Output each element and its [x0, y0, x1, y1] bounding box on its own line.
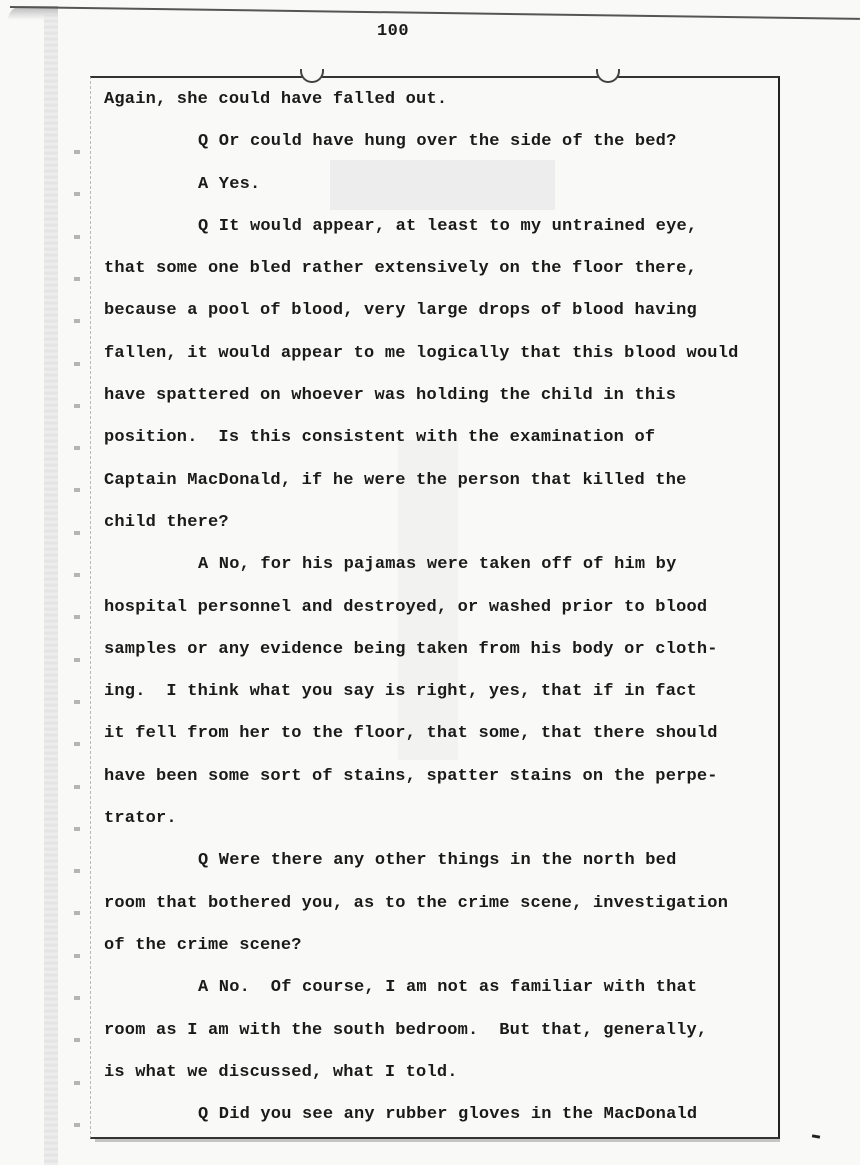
transcript-line: of the crime scene?	[104, 930, 784, 972]
transcript-line: Q It would appear, at least to my untrai…	[104, 211, 784, 253]
transcript-line: hospital personnel and destroyed, or was…	[104, 592, 784, 634]
transcript-line: child there?	[104, 507, 784, 549]
margin-tick	[74, 911, 80, 915]
margin-tick	[74, 827, 80, 831]
transcript-line: A No. Of course, I am not as familiar wi…	[104, 972, 784, 1014]
transcript-line: have been some sort of stains, spatter s…	[104, 761, 784, 803]
margin-tick	[74, 742, 80, 746]
margin-tick	[74, 658, 80, 662]
transcript-line: position. Is this consistent with the ex…	[104, 422, 784, 464]
transcript-line: A No, for his pajamas were taken off of …	[104, 549, 784, 591]
transcript-line: room that bothered you, as to the crime …	[104, 888, 784, 930]
margin-tick	[74, 235, 80, 239]
margin-tick	[74, 404, 80, 408]
transcript-line: it fell from her to the floor, that some…	[104, 718, 784, 760]
transcript-line: A Yes.	[104, 169, 784, 211]
transcript-line: Again, she could have falled out.	[104, 84, 784, 126]
margin-tick	[74, 869, 80, 873]
transcript-body: Again, she could have falled out.Q Or co…	[104, 84, 784, 1141]
transcript-line: that some one bled rather extensively on…	[104, 253, 784, 295]
margin-tick	[74, 1081, 80, 1085]
margin-tick	[74, 150, 80, 154]
margin-tick	[74, 785, 80, 789]
transcript-line: ing. I think what you say is right, yes,…	[104, 676, 784, 718]
margin-tick	[74, 446, 80, 450]
margin-tick	[74, 1123, 80, 1127]
transcript-line: is what we discussed, what I told.	[104, 1057, 784, 1099]
transcript-line: Captain MacDonald, if he were the person…	[104, 465, 784, 507]
margin-tick	[74, 1038, 80, 1042]
margin-tick	[74, 362, 80, 366]
transcript-line: fallen, it would appear to me logically …	[104, 338, 784, 380]
binding-strip	[44, 15, 58, 1165]
frame-bottom-shadow	[95, 1139, 780, 1142]
transcript-line: Q Or could have hung over the side of th…	[104, 126, 784, 168]
transcript-line: Q Did you see any rubber gloves in the M…	[104, 1099, 784, 1141]
transcript-line: have spattered on whoever was holding th…	[104, 380, 784, 422]
margin-tick	[74, 192, 80, 196]
transcript-line: samples or any evidence being taken from…	[104, 634, 784, 676]
transcript-line: trator.	[104, 803, 784, 845]
margin-tick	[74, 996, 80, 1000]
margin-tick	[74, 700, 80, 704]
margin-tick	[74, 615, 80, 619]
margin-tick	[74, 319, 80, 323]
margin-tick	[74, 488, 80, 492]
transcript-line: because a pool of blood, very large drop…	[104, 295, 784, 337]
transcript-line: room as I am with the south bedroom. But…	[104, 1015, 784, 1057]
margin-tick	[74, 954, 80, 958]
margin-tick	[74, 277, 80, 281]
page-number: 100	[0, 22, 786, 41]
transcript-line: Q Were there any other things in the nor…	[104, 845, 784, 887]
margin-tick	[74, 531, 80, 535]
margin-tick	[74, 573, 80, 577]
